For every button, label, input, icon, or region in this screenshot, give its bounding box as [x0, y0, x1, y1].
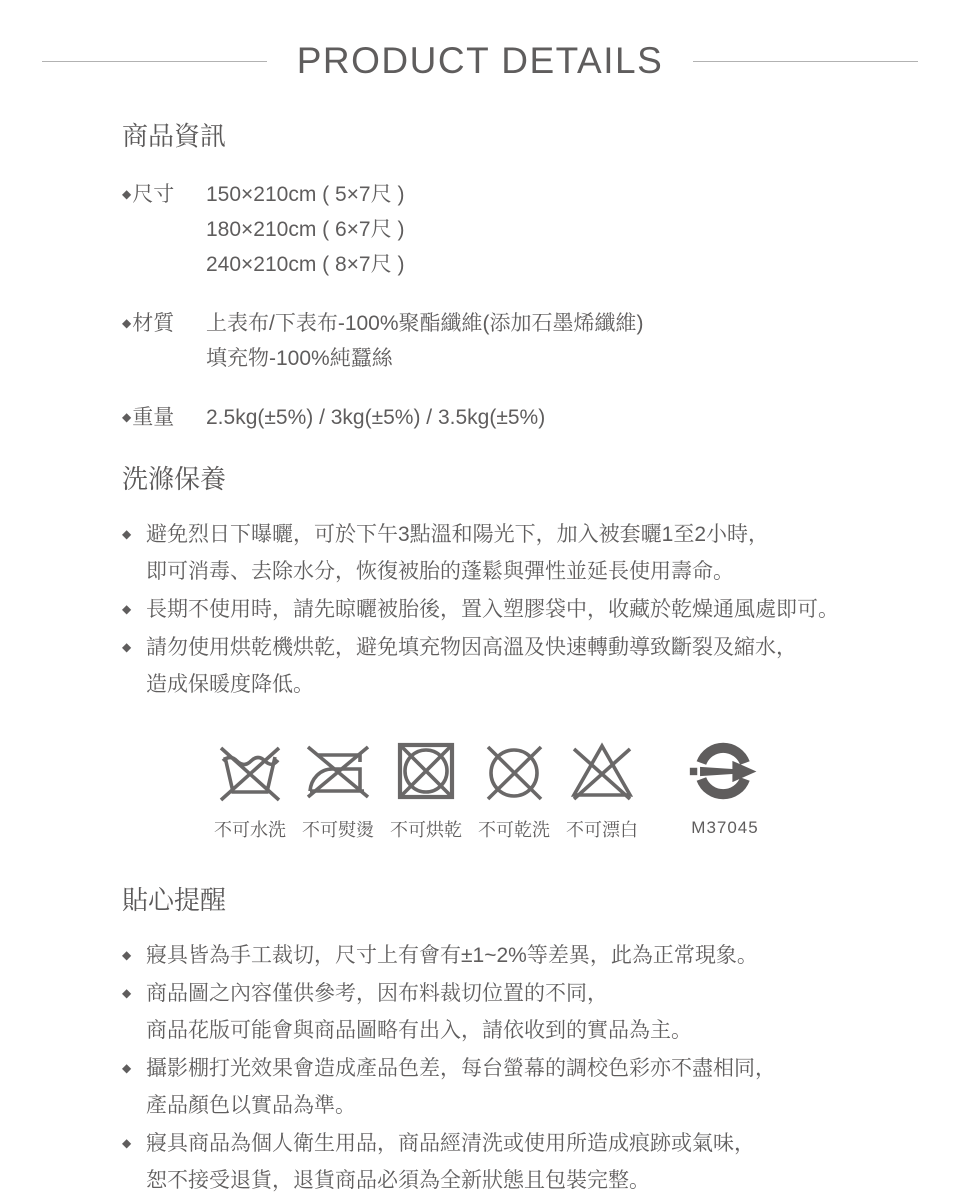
spec-label-weight: 重量 — [132, 400, 174, 435]
reminder-note: ◆ 攝影棚打光效果會造成產品色差，每台螢幕的調校色彩亦不盡相同， 產品顏色以實品… — [122, 1050, 910, 1124]
reminders-heading: 貼心提醒 — [122, 880, 910, 917]
care-note: ◆ 避免烈日下曝曬，可於下午3點溫和陽光下，加入被套曬1至2小時， 即可消毒、去… — [122, 516, 910, 590]
symbol-label: 不可熨燙 — [302, 816, 374, 842]
reminder-note: ◆ 寢具皆為手工裁切，尺寸上有會有±1~2%等差異，此為正常現象。 — [122, 937, 910, 974]
no-iron-icon — [302, 735, 374, 807]
diamond-bullet-icon: ◆ — [122, 306, 131, 341]
diamond-bullet-icon: ◆ — [122, 1125, 146, 1199]
no-bleach-symbol: 不可漂白 — [558, 735, 646, 842]
product-details-page: PRODUCT DETAILS 商品資訊 ◆ 尺寸 150×210cm ( 5×… — [0, 0, 960, 1199]
reminder-notes: ◆ 寢具皆為手工裁切，尺寸上有會有±1~2%等差異，此為正常現象。 ◆ 商品圖之… — [122, 937, 910, 1199]
reminder-note-line: 商品圖之內容僅供參考，因布料裁切位置的不同， — [146, 975, 910, 1012]
bsmi-mark-icon — [688, 735, 762, 807]
diamond-bullet-icon: ◆ — [122, 177, 131, 212]
care-note-line: 長期不使用時，請先晾曬被胎後，置入塑膠袋中，收藏於乾燥通風處即可。 — [146, 591, 910, 628]
washing-care-heading: 洗滌保養 — [122, 459, 910, 496]
page-header: PRODUCT DETAILS — [42, 40, 918, 82]
no-dry-clean-icon — [478, 735, 550, 807]
reminder-note: ◆ 商品圖之內容僅供參考，因布料裁切位置的不同， 商品花版可能會與商品圖略有出入… — [122, 975, 910, 1049]
spec-list: ◆ 尺寸 150×210cm ( 5×7尺 ) 180×210cm ( 6×7尺… — [122, 177, 910, 435]
diamond-bullet-icon: ◆ — [122, 400, 131, 435]
care-note-line: 即可消毒、去除水分，恢復被胎的蓬鬆與彈性並延長使用壽命。 — [146, 553, 910, 590]
symbol-label: 不可烘乾 — [390, 816, 462, 842]
symbol-label: 不可漂白 — [566, 816, 638, 842]
spec-value-size-1: 150×210cm ( 5×7尺 ) — [206, 177, 910, 212]
no-tumble-dry-icon — [390, 735, 462, 807]
diamond-bullet-icon: ◆ — [122, 516, 146, 590]
page-title: PRODUCT DETAILS — [297, 40, 664, 82]
reminder-note-line: 產品顏色以實品為準。 — [146, 1087, 910, 1124]
diamond-bullet-icon: ◆ — [122, 629, 146, 703]
care-note-line: 請勿使用烘乾機烘乾，避免填充物因高溫及快速轉動導致斷裂及縮水， — [146, 629, 910, 666]
symbol-label: 不可水洗 — [214, 816, 286, 842]
care-note-line: 避免烈日下曝曬，可於下午3點溫和陽光下，加入被套曬1至2小時， — [146, 516, 910, 553]
no-tumble-dry-symbol: 不可烘乾 — [382, 735, 470, 842]
care-note-line: 造成保暖度降低。 — [146, 666, 910, 703]
diamond-bullet-icon: ◆ — [122, 937, 146, 974]
diamond-bullet-icon: ◆ — [122, 975, 146, 1049]
product-info-heading: 商品資訊 — [122, 116, 910, 153]
bsmi-code: M37045 — [691, 818, 758, 838]
reminder-note-line: 攝影棚打光效果會造成產品色差，每台螢幕的調校色彩亦不盡相同， — [146, 1050, 910, 1087]
spec-label-size: 尺寸 — [132, 177, 174, 212]
reminder-note-line: 商品花版可能會與商品圖略有出入，請依收到的實品為主。 — [146, 1012, 910, 1049]
no-iron-symbol: 不可熨燙 — [294, 735, 382, 842]
reminder-note: ◆ 寢具商品為個人衛生用品，商品經清洗或使用所造成痕跡或氣味， 恕不接受退貨，退… — [122, 1125, 910, 1199]
laundry-symbols-row: 不可水洗 不可熨燙 — [206, 735, 910, 842]
no-bleach-icon — [566, 735, 638, 807]
spec-value-weight-1: 2.5kg(±5%) / 3kg(±5%) / 3.5kg(±5%) — [206, 400, 910, 435]
spec-value-size-3: 240×210cm ( 8×7尺 ) — [206, 247, 910, 282]
no-dry-clean-symbol: 不可乾洗 — [470, 735, 558, 842]
spec-value-material-1: 上表布/下表布-100%聚酯纖維(添加石墨烯纖維) — [206, 306, 910, 341]
spec-row-material: ◆ 材質 上表布/下表布-100%聚酯纖維(添加石墨烯纖維) 填充物-100%純… — [122, 306, 910, 376]
bsmi-certification: M37045 — [688, 735, 762, 838]
no-wash-symbol: 不可水洗 — [206, 735, 294, 842]
header-left-line — [42, 61, 267, 62]
spec-row-size: ◆ 尺寸 150×210cm ( 5×7尺 ) 180×210cm ( 6×7尺… — [122, 177, 910, 282]
reminder-note-line: 恕不接受退貨，退貨商品必須為全新狀態且包裝完整。 — [146, 1162, 910, 1199]
diamond-bullet-icon: ◆ — [122, 1050, 146, 1124]
symbol-label: 不可乾洗 — [478, 816, 550, 842]
spec-label-material: 材質 — [132, 306, 174, 341]
diamond-bullet-icon: ◆ — [122, 591, 146, 628]
spec-row-weight: ◆ 重量 2.5kg(±5%) / 3kg(±5%) / 3.5kg(±5%) — [122, 400, 910, 435]
care-note: ◆ 請勿使用烘乾機烘乾，避免填充物因高溫及快速轉動導致斷裂及縮水， 造成保暖度降… — [122, 629, 910, 703]
care-note: ◆ 長期不使用時，請先晾曬被胎後，置入塑膠袋中，收藏於乾燥通風處即可。 — [122, 591, 910, 628]
header-right-line — [693, 61, 918, 62]
spec-value-size-2: 180×210cm ( 6×7尺 ) — [206, 212, 910, 247]
spec-value-material-2: 填充物-100%純蠶絲 — [206, 341, 910, 376]
washing-care-notes: ◆ 避免烈日下曝曬，可於下午3點溫和陽光下，加入被套曬1至2小時， 即可消毒、去… — [122, 516, 910, 703]
reminder-note-line: 寢具皆為手工裁切，尺寸上有會有±1~2%等差異，此為正常現象。 — [146, 937, 910, 974]
no-wash-icon — [214, 735, 286, 807]
reminder-note-line: 寢具商品為個人衛生用品，商品經清洗或使用所造成痕跡或氣味， — [146, 1125, 910, 1162]
